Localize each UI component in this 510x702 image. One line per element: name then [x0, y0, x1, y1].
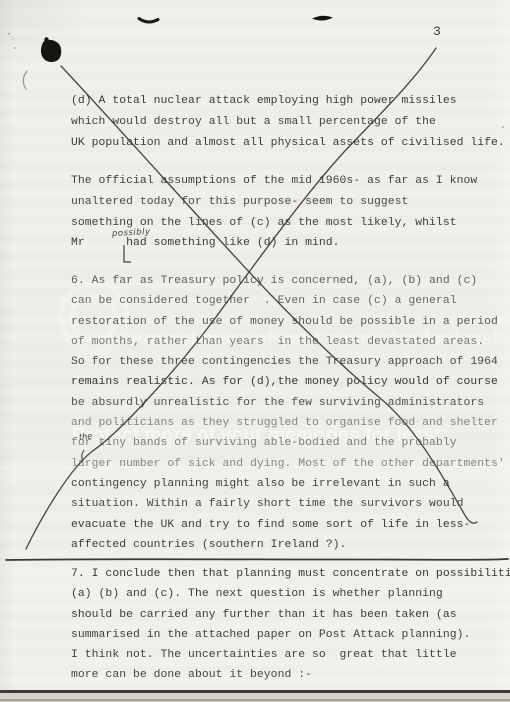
text-line: for tiny bands of surviving able-bodied … [71, 433, 505, 453]
text-line: can be considered together . Even in cas… [71, 291, 505, 311]
text-line: summarised in the attached paper on Post… [71, 625, 510, 645]
text-line: The official assumptions of the mid 1960… [71, 171, 477, 192]
text-line: remains realistic. As for (d),the money … [71, 372, 505, 392]
pencil-paren-mark [23, 71, 27, 89]
paragraph-section-6: 6. As far as Treasury policy is concerne… [71, 271, 505, 555]
pen-smudge-right [312, 16, 333, 21]
text-line: So for these three contingencies the Tre… [71, 352, 505, 372]
paragraph-section-7: 7. I conclude then that planning must co… [71, 564, 510, 686]
text-line: something on the lines of (c) as the mos… [71, 213, 477, 234]
margin-speck [14, 47, 16, 49]
paragraph-official-assumptions: The official assumptions of the mid 1960… [71, 171, 477, 254]
hand-drawn-rule [6, 559, 508, 560]
page-number: 3 [433, 24, 441, 39]
ink-blob [41, 40, 61, 62]
text-line: restoration of the use of money should b… [71, 312, 505, 332]
text-line: contingency planning might also be irrel… [71, 474, 505, 494]
paragraph-scenario-d: (d) A total nuclear attack employing hig… [71, 91, 505, 154]
scanned-document-page: Protect more of your memories for less! … [0, 0, 510, 702]
text-line: evacuate the UK and try to find some sor… [71, 515, 505, 535]
text-line: Mr had something like (d) in mind. [71, 233, 477, 254]
ink-blob-nub [44, 37, 48, 41]
text-line: (a) (b) and (c). The next question is wh… [71, 584, 510, 604]
text-line: unaltered today for this purpose- seem t… [71, 192, 477, 213]
text-line: should be carried any further than it ha… [71, 605, 510, 625]
text-line: situation. Within a fairly short time th… [71, 494, 505, 514]
text-line: (d) A total nuclear attack employing hig… [71, 91, 505, 112]
text-line: be absurdly unrealistic for the few surv… [71, 393, 505, 413]
text-line: affected countries (southern Ireland ?). [71, 535, 505, 555]
text-line: and politicians as they struggled to org… [71, 413, 505, 433]
pen-smudge-left [139, 19, 158, 23]
text-line: 7. I conclude then that planning must co… [71, 564, 510, 584]
text-line: which would destroy all but a small perc… [71, 112, 505, 133]
text-line: more can be done about it beyond :- [71, 665, 510, 685]
text-line: larger number of sick and dying. Most of… [71, 454, 505, 474]
margin-speck [8, 33, 10, 35]
margin-speck [12, 38, 13, 39]
text-line: I think not. The uncertainties are so gr… [71, 645, 510, 665]
text-line: 6. As far as Treasury policy is concerne… [71, 271, 505, 291]
scan-bottom-edge [0, 690, 510, 702]
text-line: of months, rather than years in the leas… [71, 332, 505, 352]
text-line: UK population and almost all physical as… [71, 133, 505, 154]
